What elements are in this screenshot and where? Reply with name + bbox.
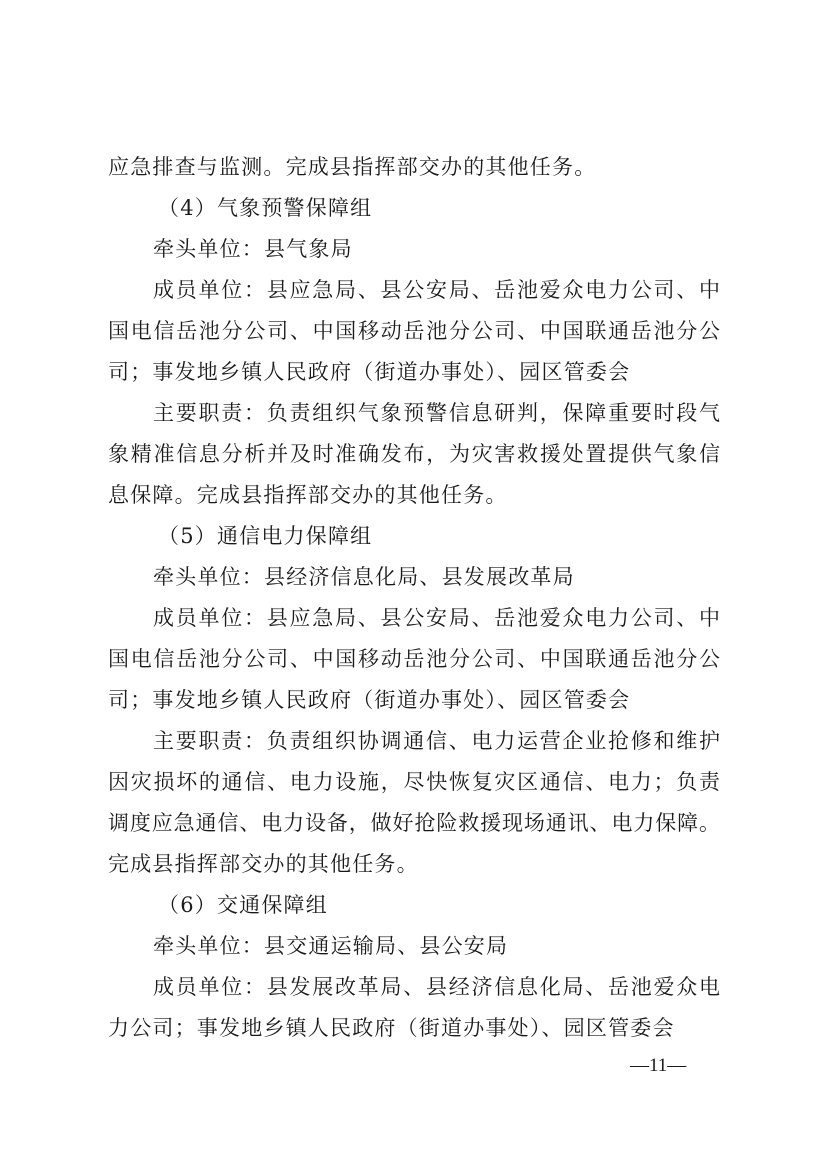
text-line: 完成县指挥部交办的其他任务。: [108, 849, 720, 879]
text-line: 牵头单位：县经济信息化局、县发展改革局: [153, 562, 720, 592]
section-heading: （5）通信电力保障组: [158, 521, 770, 551]
text-line: 调度应急通信、电力设备，做好抢险救援现场通讯、电力保障。: [108, 808, 720, 838]
text-line: 象精准信息分析并及时准确发布，为灾害救援处置提供气象信: [108, 439, 720, 469]
text-line: 牵头单位：县气象局: [153, 234, 720, 264]
text-line: 主要职责：负责组织气象预警信息研判，保障重要时段气: [153, 398, 720, 428]
text-line: 主要职责：负责组织协调通信、电力运营企业抢修和维护: [153, 726, 720, 756]
text-line: 牵头单位：县交通运输局、县公安局: [153, 931, 720, 961]
section-heading: （6）交通保障组: [158, 890, 770, 920]
document-page: 应急排查与监测。完成县指挥部交办的其他任务。 （4）气象预警保障组 牵头单位：县…: [0, 0, 826, 1168]
text-line: 司；事发地乡镇人民政府（街道办事处）、园区管委会: [108, 357, 720, 387]
text-line: 成员单位：县发展改革局、县经济信息化局、岳池爱众电: [153, 972, 720, 1002]
text-line: 息保障。完成县指挥部交办的其他任务。: [108, 480, 720, 510]
text-line: 司；事发地乡镇人民政府（街道办事处）、园区管委会: [108, 685, 720, 715]
text-line: 成员单位：县应急局、县公安局、岳池爱众电力公司、中: [153, 603, 720, 633]
text-line: 国电信岳池分公司、中国移动岳池分公司、中国联通岳池分公: [108, 644, 720, 674]
text-line: 应急排查与监测。完成县指挥部交办的其他任务。: [108, 152, 720, 182]
text-line: 国电信岳池分公司、中国移动岳池分公司、中国联通岳池分公: [108, 316, 720, 346]
page-number: —11—: [630, 1053, 686, 1079]
section-heading: （4）气象预警保障组: [158, 193, 770, 223]
text-line: 成员单位：县应急局、县公安局、岳池爱众电力公司、中: [153, 275, 720, 305]
text-line: 力公司；事发地乡镇人民政府（街道办事处）、园区管委会: [108, 1013, 720, 1043]
text-line: 因灾损坏的通信、电力设施，尽快恢复灾区通信、电力；负责: [108, 767, 720, 797]
